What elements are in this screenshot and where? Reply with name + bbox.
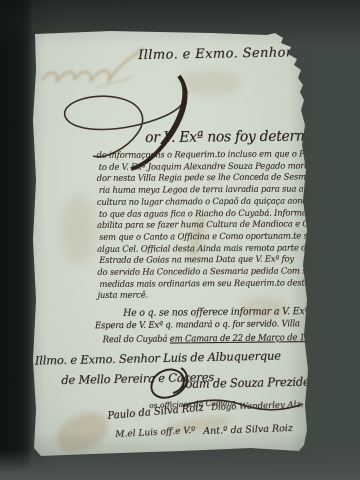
- handwritten-dateline: Real do Cuyabá em Camara de 22 de Março …: [95, 332, 323, 348]
- official-signature: Diogo Wanderley Alz.: [211, 400, 304, 413]
- official-signature: Ant.º da Silva Roiz: [203, 423, 293, 437]
- president-signature: Joam de Souza Prezidente: [181, 374, 328, 391]
- opening-text: or V. Exª nos foy determina: [145, 128, 330, 146]
- photo-background: Illmo. e Exmo. Senhor or V. Exª nos foy …: [0, 0, 360, 480]
- manuscript-page: Illmo. e Exmo. Senhor or V. Exª nos foy …: [31, 30, 308, 456]
- body-paragraph: de informaçoens o Requerim.to incluso em…: [96, 149, 341, 303]
- paper-stain: [50, 405, 115, 460]
- closing-paragraph: He o q. se nos offerece informar a V. Ex…: [95, 305, 338, 348]
- official-signature: M.el Luis off.e V.º: [115, 426, 196, 440]
- paper-stain: [61, 195, 96, 265]
- salutation-line: Illmo. e Exmo. Senhor: [138, 45, 293, 63]
- handwritten-line: justa mercê.: [97, 290, 336, 303]
- closing-place: Real do Cuyabá: [103, 334, 168, 345]
- closing-date: em Camara de 22 de Março de 1788.: [170, 333, 323, 345]
